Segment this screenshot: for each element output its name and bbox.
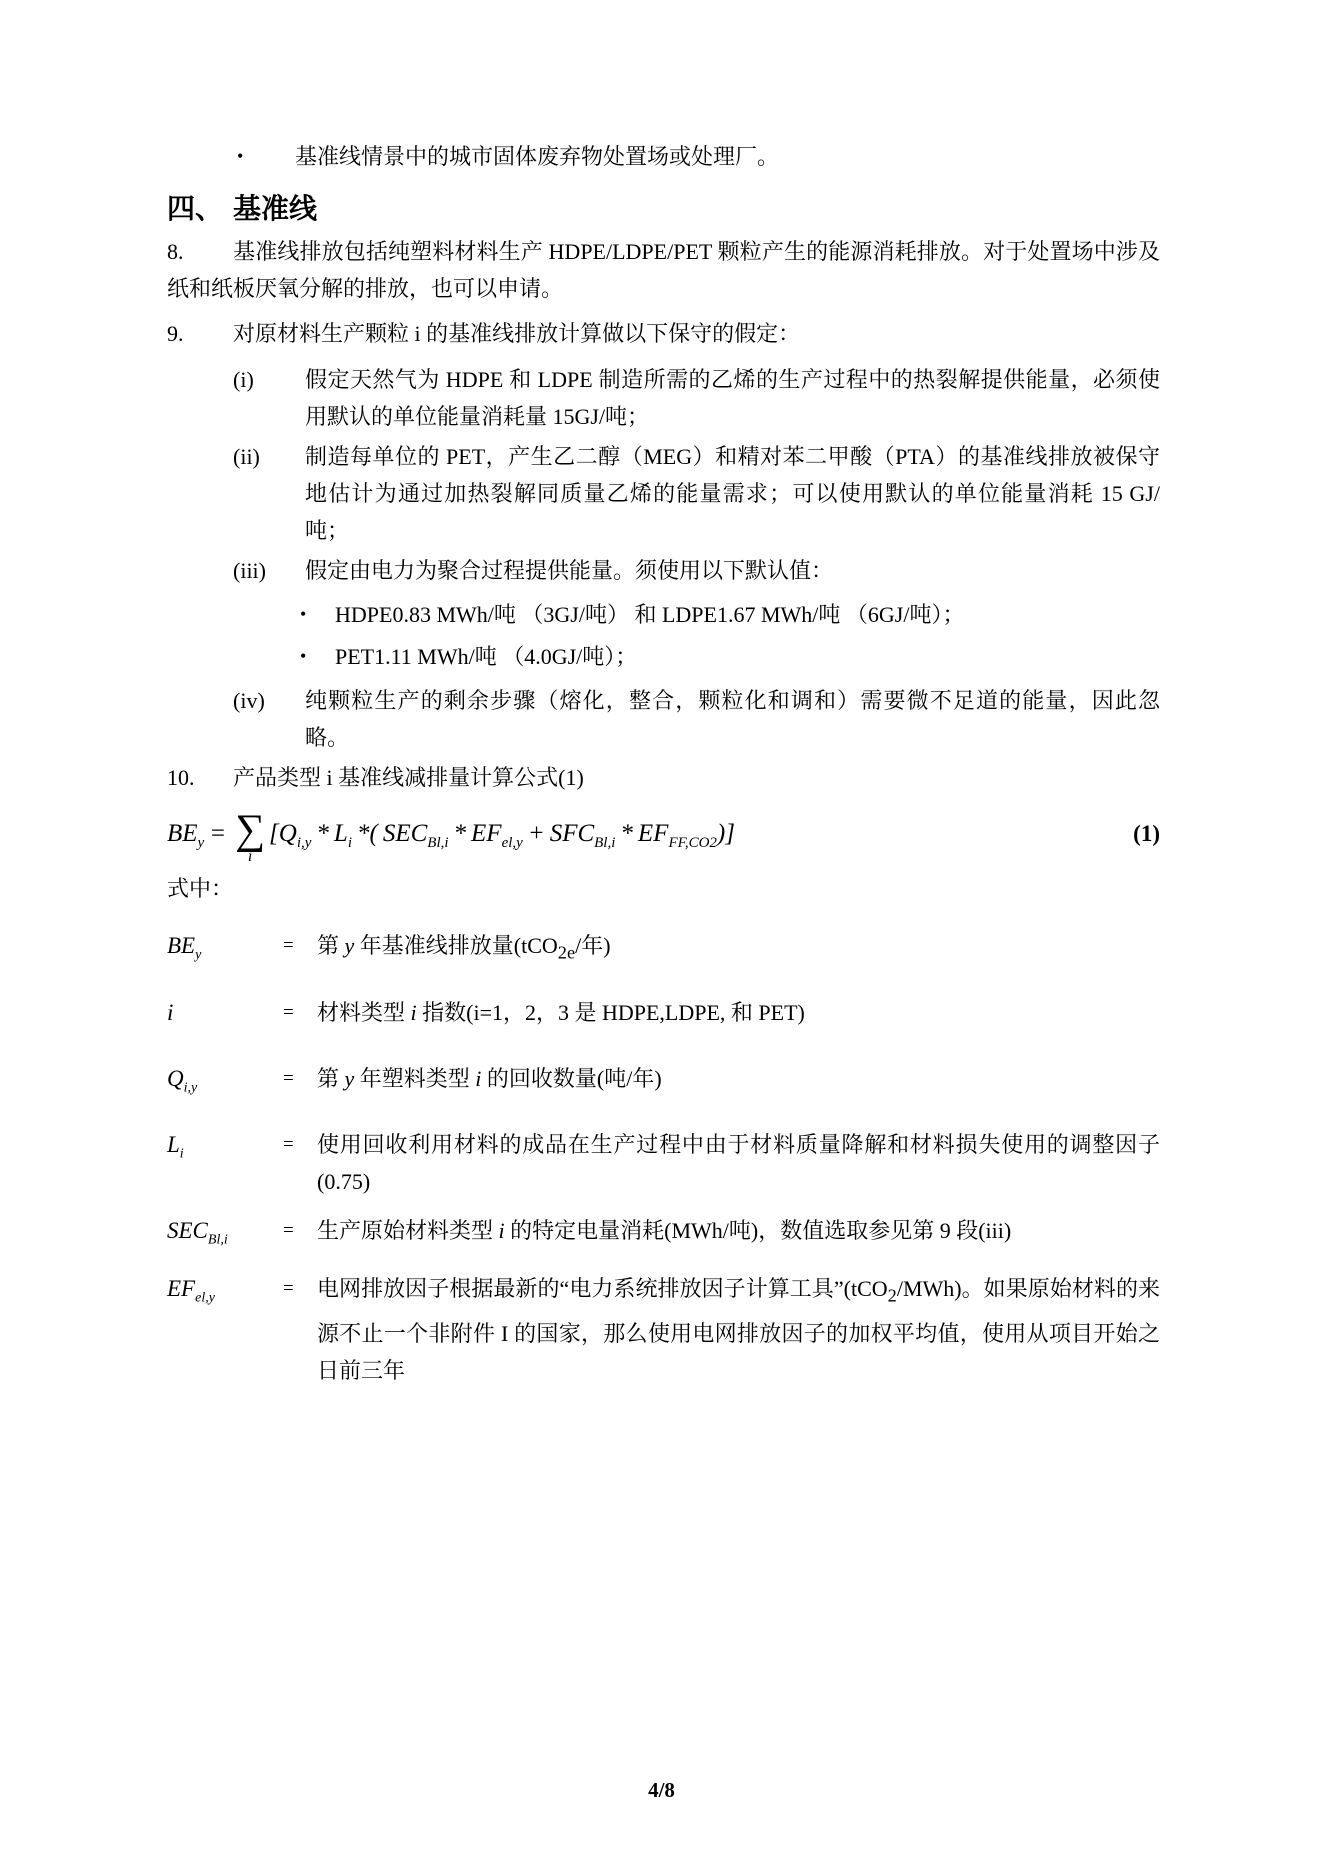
top-bullet-item: • 基准线情景中的城市固体废弃物处置场或处理厂。 (167, 138, 1160, 175)
paragraph-8: 8.基准线排放包括纯塑料材料生产 HDPE/LDPE/PET 颗粒产生的能源消耗… (167, 233, 1160, 307)
list-item-iii: (iii) 假定由电力为聚合过程提供能量。须使用以下默认值： (167, 552, 1160, 589)
list-item-iii-label: (iii) (233, 552, 266, 589)
paragraph-9: 9.对原材料生产颗粒 i 的基准线排放计算做以下保守的假定： (167, 315, 1160, 352)
def-text: 第 y 年塑料类型 i 的回收数量(吨/年) (317, 1060, 1160, 1107)
paragraph-10: 10.产品类型 i 基准线减排量计算公式(1) (167, 759, 1160, 796)
list-item-ii: (ii) 制造每单位的 PET，产生乙二醇（MEG）和精对苯二甲酸（PTA）的基… (167, 438, 1160, 549)
document-page: • 基准线情景中的城市固体废弃物处置场或处理厂。 四、基准线 8.基准线排放包括… (0, 0, 1323, 1871)
paragraph-9-number: 9. (167, 315, 233, 352)
sub-bullet-hdpe-ldpe-text: HDPE0.83 MWh/吨 （3GJ/吨） 和 LDPE1.67 MWh/吨 … (335, 602, 964, 627)
top-bullet-text: 基准线情景中的城市固体废弃物处置场或处理厂。 (295, 144, 779, 169)
def-text: 生产原始材料类型 i 的特定电量消耗(MWh/吨)，数值选取参见第 9 段(ii… (317, 1212, 1160, 1259)
definition-row-i: i = 材料类型 i 指数(i=1，2，3 是 HDPE,LDPE, 和 PET… (167, 994, 1160, 1041)
equals-sign: = (283, 1126, 317, 1200)
list-item-iii-text: 假定由电力为聚合过程提供能量。须使用以下默认值： (305, 558, 833, 583)
def-term: Qi,y (167, 1060, 283, 1107)
def-text: 使用回收利用材料的成品在生产过程中由于材料质量降解和材料损失使用的调整因子(0.… (317, 1126, 1160, 1200)
def-term: i (167, 994, 283, 1041)
list-item-iv-text: 纯颗粒生产的剩余步骤（熔化，整合，颗粒化和调和）需要微不足道的能量，因此忽略。 (305, 688, 1160, 750)
paragraph-8-text: 基准线排放包括纯塑料材料生产 HDPE/LDPE/PET 颗粒产生的能源消耗排放… (167, 239, 1160, 301)
def-text: 材料类型 i 指数(i=1，2，3 是 HDPE,LDPE, 和 PET) (317, 994, 1160, 1041)
list-item-i: (i) 假定天然气为 HDPE 和 LDPE 制造所需的乙烯的生产过程中的热裂解… (167, 361, 1160, 435)
def-text: 电网排放因子根据最新的“电力系统排放因子计算工具”(tCO2/MWh)。如果原始… (317, 1270, 1160, 1388)
formula-1: BEy = ∑ i [ Qi,y * Li *( SECBl,i * EFel,… (167, 802, 1160, 864)
page-footer: 4/8 (0, 1772, 1323, 1809)
sub-bullet-hdpe-ldpe: • HDPE0.83 MWh/吨 （3GJ/吨） 和 LDPE1.67 MWh/… (167, 596, 1160, 633)
definition-row-bey: BEy = 第 y 年基准线排放量(tCO2e/年) (167, 927, 1160, 974)
paragraph-10-number: 10. (167, 759, 233, 796)
equals-sign: = (283, 994, 317, 1041)
equals-sign: = (283, 1060, 317, 1107)
equals-sign: = (283, 1270, 317, 1388)
heading-title: 基准线 (233, 194, 317, 225)
bullet-dot-icon: • (300, 596, 306, 633)
definition-row-li: Li = 使用回收利用材料的成品在生产过程中由于材料质量降解和材料损失使用的调整… (167, 1126, 1160, 1200)
sum-icon: ∑ i (235, 812, 265, 866)
definition-row-secbli: SECBl,i = 生产原始材料类型 i 的特定电量消耗(MWh/吨)，数值选取… (167, 1212, 1160, 1259)
formula-intro: 式中： (167, 870, 1160, 907)
sub-bullet-pet: • PET1.11 MWh/吨 （4.0GJ/吨）； (167, 638, 1160, 675)
heading-number: 四、 (167, 189, 233, 231)
bullet-dot-icon: • (300, 638, 306, 675)
paragraph-10-text: 产品类型 i 基准线减排量计算公式(1) (233, 765, 584, 790)
sub-bullet-pet-text: PET1.11 MWh/吨 （4.0GJ/吨）； (335, 644, 637, 669)
def-term: Li (167, 1126, 283, 1200)
definition-row-qiy: Qi,y = 第 y 年塑料类型 i 的回收数量(吨/年) (167, 1060, 1160, 1107)
def-term: EFel,y (167, 1270, 283, 1388)
paragraph-9-text: 对原材料生产颗粒 i 的基准线排放计算做以下保守的假定： (233, 321, 800, 346)
list-item-i-label: (i) (233, 361, 254, 398)
paragraph-8-number: 8. (167, 233, 233, 270)
equals-sign: = (283, 927, 317, 974)
def-term: SECBl,i (167, 1212, 283, 1259)
bullet-dot-icon: • (237, 138, 243, 175)
list-item-i-text: 假定天然气为 HDPE 和 LDPE 制造所需的乙烯的生产过程中的热裂解提供能量… (305, 367, 1160, 429)
def-term: BEy (167, 927, 283, 974)
list-item-iv-label: (iv) (233, 682, 265, 719)
section-heading: 四、基准线 (167, 189, 1160, 231)
list-item-ii-text: 制造每单位的 PET，产生乙二醇（MEG）和精对苯二甲酸（PTA）的基准线排放被… (305, 444, 1160, 543)
formula-expression: BEy = ∑ i [ Qi,y * Li *( SECBl,i * EFel,… (167, 806, 1133, 860)
page-number: 4/8 (648, 1778, 675, 1802)
equals-sign: = (283, 1212, 317, 1259)
list-item-ii-label: (ii) (233, 438, 260, 475)
formula-number: (1) (1133, 815, 1160, 852)
definition-row-efely: EFel,y = 电网排放因子根据最新的“电力系统排放因子计算工具”(tCO2/… (167, 1270, 1160, 1388)
list-item-iv: (iv) 纯颗粒生产的剩余步骤（熔化，整合，颗粒化和调和）需要微不足道的能量，因… (167, 682, 1160, 756)
def-text: 第 y 年基准线排放量(tCO2e/年) (317, 927, 1160, 974)
